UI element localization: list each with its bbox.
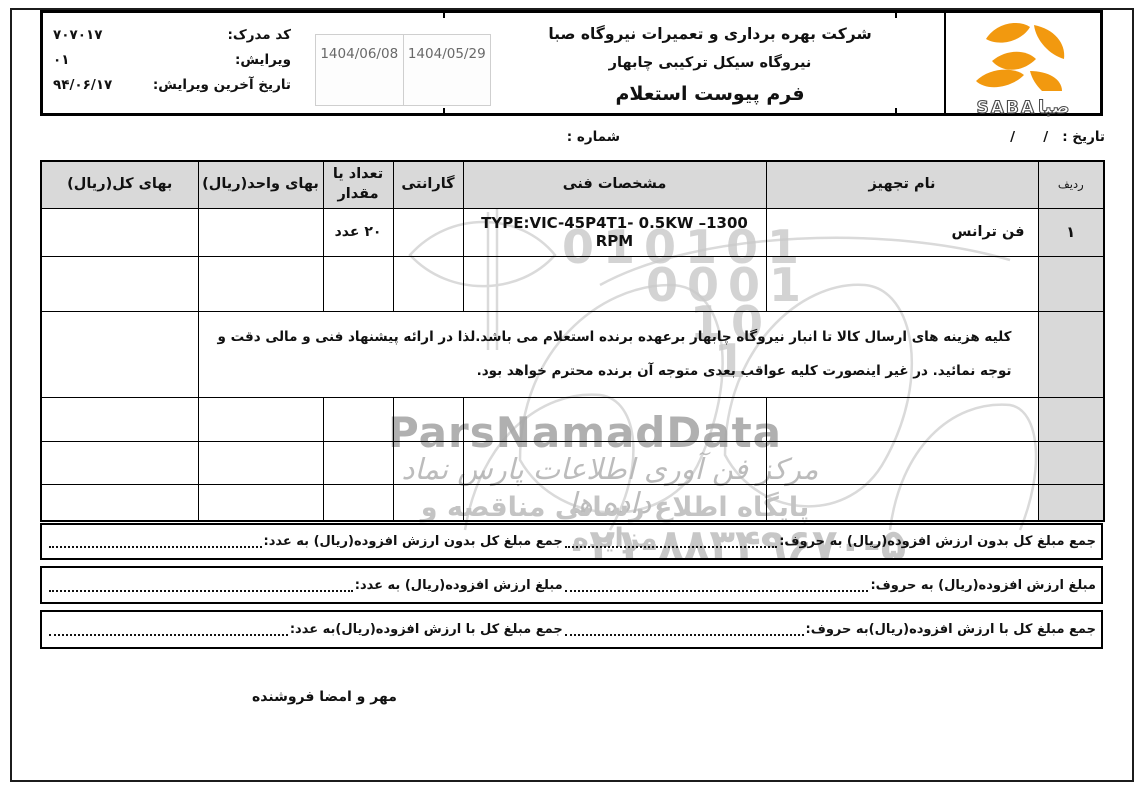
equipment-name: فن ترانس <box>766 208 1038 256</box>
table-row: ۱ فن ترانس TYPE:VIC-45P4T1- 0.5KW –1300 … <box>41 208 1104 256</box>
saba-logo-icon <box>964 19 1082 91</box>
col-header-technical-specs: مشخصات فنی <box>463 161 766 208</box>
company-name: شرکت بهره برداری و تعمیرات نیروگاه صبا <box>473 25 947 43</box>
quantity-cell <box>323 397 393 441</box>
unit-price-cell <box>198 256 323 311</box>
dotted-leader <box>49 579 353 592</box>
row-number <box>1038 311 1104 397</box>
row-number: ۱ <box>1038 208 1104 256</box>
total-price-cell <box>41 441 198 484</box>
equipment-name <box>766 256 1038 311</box>
plant-name: نیروگاه سیکل ترکیبی چابهار <box>473 55 947 71</box>
equipment-name <box>766 397 1038 441</box>
last-revision-date-row: تاریخ آخرین ویرایش: ۹۴/۰۶/۱۷ <box>53 77 291 93</box>
total-with-vat-words-label: جمع مبلغ کل با ارزش افزوده(ریال)به حروف: <box>806 622 1096 637</box>
warranty-cell <box>393 208 463 256</box>
technical-spec <box>463 441 766 484</box>
technical-spec <box>463 397 766 441</box>
doc-code-label: کد مدرک: <box>228 27 292 43</box>
table-row <box>41 256 1104 311</box>
doc-code-row: کد مدرک: ۷۰۷۰۱۷ <box>53 27 291 43</box>
technical-spec: TYPE:VIC-45P4T1- 0.5KW –1300 RPM <box>463 208 766 256</box>
total-price-cell <box>41 208 198 256</box>
document-code-block: کد مدرک: ۷۰۷۰۱۷ ویرایش: ۰۱ تاریخ آخرین و… <box>53 27 291 102</box>
vat-amount-words-label: مبلغ ارزش افزوده(ریال) به حروف: <box>870 578 1096 593</box>
row-number <box>1038 441 1104 484</box>
table-row <box>41 441 1104 484</box>
number-label: شماره : <box>567 129 620 145</box>
header-border-tick <box>443 13 445 18</box>
warranty-cell <box>393 256 463 311</box>
row-number <box>1038 484 1104 521</box>
technical-spec <box>463 484 766 521</box>
date-slashes: / / <box>1010 129 1048 145</box>
unit-price-cell <box>198 484 323 521</box>
vat-amount-number-label: مبلغ ارزش افزوده(ریال) به عدد: <box>355 578 563 593</box>
header-date-cell: 1404/06/08 <box>316 35 404 105</box>
col-header-warranty: گارانتی <box>393 161 463 208</box>
date-label: تاریخ : <box>1062 129 1105 145</box>
warranty-cell <box>393 397 463 441</box>
col-header-total-price: بهای کل(ریال) <box>41 161 198 208</box>
revision-row: ویرایش: ۰۱ <box>53 52 291 68</box>
shipping-note: کلیه هزینه های ارسال کالا تا انبار نیروگ… <box>198 311 1038 397</box>
dotted-leader <box>49 623 288 636</box>
total-price-cell <box>41 397 198 441</box>
vat-amount-row: مبلغ ارزش افزوده(ریال) به حروف: مبلغ ارز… <box>40 566 1103 604</box>
table-header-row: ردیف نام تجهیز مشخصات فنی گارانتی تعداد … <box>41 161 1104 208</box>
col-header-unit-price: بهای واحد(ریال) <box>198 161 323 208</box>
seller-stamp-signature-label: مهر و امضا فروشنده <box>252 689 397 705</box>
col-header-equipment-name: نام تجهیز <box>766 161 1038 208</box>
saba-logo: SABAصبا <box>944 13 1100 113</box>
dotted-leader <box>49 535 262 548</box>
saba-logo-latin: SABA <box>976 98 1036 118</box>
total-without-vat-number-label: جمع مبلغ کل بدون ارزش افزوده(ریال) به عد… <box>264 534 563 549</box>
total-without-vat-row: جمع مبلغ کل بدون ارزش افزوده(ریال) به حر… <box>40 523 1103 560</box>
total-price-cell <box>41 256 198 311</box>
number-field: شماره : <box>500 129 620 145</box>
header-border-tick <box>895 108 897 113</box>
warranty-cell <box>393 484 463 521</box>
unit-price-cell <box>198 441 323 484</box>
dotted-leader <box>565 623 804 636</box>
date-field: تاریخ : / / <box>955 129 1105 145</box>
total-with-vat-number-label: جمع مبلغ کل با ارزش افزوده(ریال)به عدد: <box>290 622 563 637</box>
unit-price-cell <box>198 397 323 441</box>
warranty-cell <box>393 441 463 484</box>
quantity-cell: ۲۰ عدد <box>323 208 393 256</box>
doc-code-value: ۷۰۷۰۱۷ <box>53 27 102 43</box>
header-dates: 1404/06/08 1404/05/29 <box>315 34 491 106</box>
form-title: فرم پیوست استعلام <box>473 83 947 105</box>
quantity-cell <box>323 484 393 521</box>
equipment-name <box>766 484 1038 521</box>
table-row <box>41 397 1104 441</box>
equipment-name <box>766 441 1038 484</box>
header-border-tick <box>443 108 445 113</box>
last-revision-date-value: ۹۴/۰۶/۱۷ <box>53 77 112 93</box>
quantity-cell <box>323 256 393 311</box>
table-row <box>41 484 1104 521</box>
form-header: کد مدرک: ۷۰۷۰۱۷ ویرایش: ۰۱ تاریخ آخرین و… <box>40 10 1103 116</box>
total-without-vat-words-label: جمع مبلغ کل بدون ارزش افزوده(ریال) به حر… <box>779 534 1096 549</box>
items-table: ردیف نام تجهیز مشخصات فنی گارانتی تعداد … <box>40 160 1105 522</box>
row-number <box>1038 256 1104 311</box>
row-number <box>1038 397 1104 441</box>
revision-label: ویرایش: <box>235 52 291 68</box>
total-price-cell <box>41 484 198 521</box>
unit-price-cell <box>198 208 323 256</box>
company-titles: شرکت بهره برداری و تعمیرات نیروگاه صبا ن… <box>473 21 947 105</box>
total-price-cell <box>41 311 198 397</box>
col-header-quantity: تعداد یا مقدار <box>323 161 393 208</box>
saba-logo-arabic: صبا <box>1038 97 1070 118</box>
note-row: کلیه هزینه های ارسال کالا تا انبار نیروگ… <box>41 311 1104 397</box>
header-border-tick <box>895 13 897 18</box>
quantity-cell <box>323 441 393 484</box>
technical-spec <box>463 256 766 311</box>
last-revision-date-label: تاریخ آخرین ویرایش: <box>153 77 291 93</box>
col-header-radif: ردیف <box>1038 161 1104 208</box>
saba-logo-text: SABAصبا <box>946 97 1100 118</box>
total-with-vat-row: جمع مبلغ کل با ارزش افزوده(ریال)به حروف:… <box>40 610 1103 649</box>
dotted-leader <box>565 535 778 548</box>
dotted-leader <box>565 579 869 592</box>
revision-value: ۰۱ <box>53 52 69 68</box>
